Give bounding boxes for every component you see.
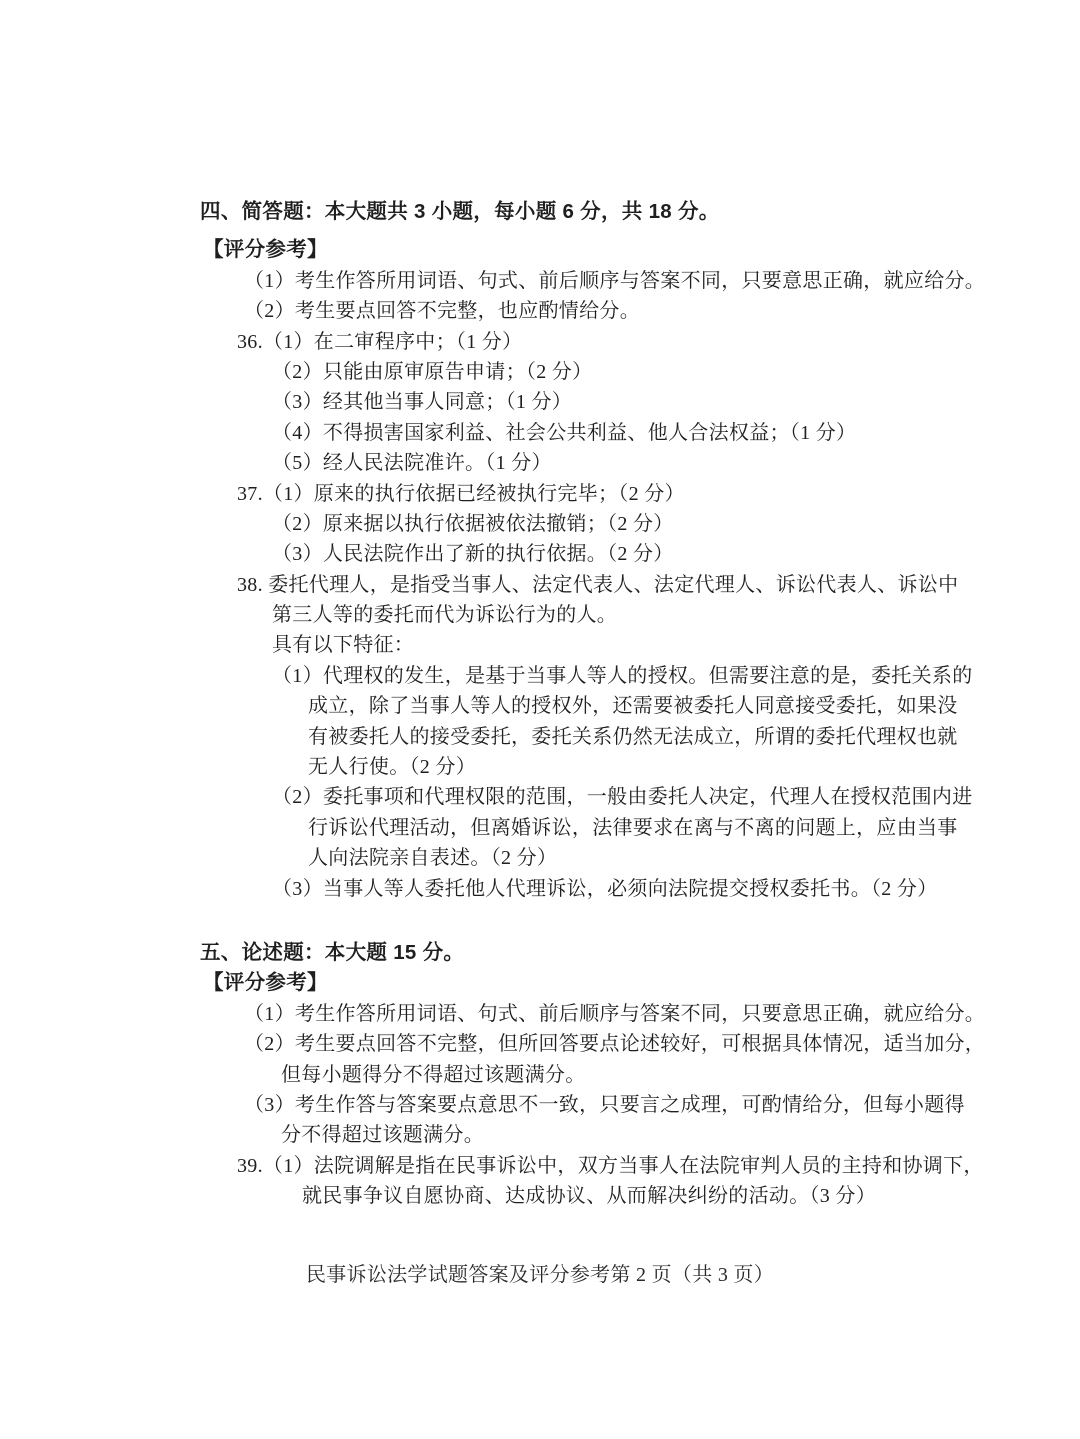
answer-38-line-5: 成立，除了当事人等人的授权外，还需要被委托人同意接受委托，如果没 (0, 691, 1080, 721)
section4-scoring-header: 【评分参考】 (0, 235, 1080, 265)
answer-36-line-5: （5）经人民法院准许。（1 分） (0, 448, 1080, 478)
answer-38-line-1: 38. 委托代理人，是指受当事人、法定代表人、法定代理人、诉讼代表人、诉讼中 (0, 570, 1080, 600)
answer-37-line-3: （3）人民法院作出了新的执行依据。（2 分） (0, 539, 1080, 569)
answer-38-line-7: 无人行使。（2 分） (0, 752, 1080, 782)
page-footer: 民事诉讼法学试题答案及评分参考第 2 页（共 3 页） (0, 1258, 1080, 1287)
answer-36-line-1: 36.（1）在二审程序中；（1 分） (0, 327, 1080, 357)
answer-36-line-4: （4）不得损害国家利益、社会公共利益、他人合法权益；（1 分） (0, 418, 1080, 448)
section5-scoring-note-3: （3）考生作答与答案要点意思不一致，只要言之成理，可酌情给分，但每小题得 (0, 1090, 1080, 1120)
section5-scoring-note-3b: 分不得超过该题满分。 (0, 1120, 1080, 1150)
section5-heading: 五、论述题：本大题 15 分。 (0, 938, 1080, 968)
document-body: 四、简答题：本大题共 3 小题，每小题 6 分，共 18 分。【评分参考】（1）… (0, 197, 1080, 1212)
section5-scoring-note-2b: 但每小题得分不得超过该题满分。 (0, 1060, 1080, 1090)
answer-38-line-8: （2）委托事项和代理权限的范围，一般由委托人决定，代理人在授权范围内进 (0, 782, 1080, 812)
section4-heading: 四、简答题：本大题共 3 小题，每小题 6 分，共 18 分。 (0, 197, 1080, 227)
section5-scoring-header: 【评分参考】 (0, 968, 1080, 998)
section4-scoring-note-1: （1）考生作答所用词语、句式、前后顺序与答案不同，只要意思正确，就应给分。 (0, 266, 1080, 296)
answer-37-line-1: 37.（1）原来的执行依据已经被执行完毕；（2 分） (0, 479, 1080, 509)
answer-37-line-2: （2）原来据以执行依据被依法撤销；（2 分） (0, 509, 1080, 539)
answer-38-line-9: 行诉讼代理活动，但离婚诉讼，法律要求在离与不离的问题上，应由当事 (0, 813, 1080, 843)
answer-38-line-4: （1）代理权的发生，是基于当事人等人的授权。但需要注意的是，委托关系的 (0, 661, 1080, 691)
answer-38-line-10: 人向法院亲自表述。（2 分） (0, 843, 1080, 873)
section5-scoring-note-2: （2）考生要点回答不完整，但所回答要点论述较好，可根据具体情况，适当加分， (0, 1029, 1080, 1059)
answer-36-line-3: （3）经其他当事人同意；（1 分） (0, 387, 1080, 417)
section4-scoring-note-2: （2）考生要点回答不完整，也应酌情给分。 (0, 296, 1080, 326)
answer-36-line-2: （2）只能由原审原告申请；（2 分） (0, 357, 1080, 387)
answer-38-line-6: 有被委托人的接受委托，委托关系仍然无法成立，所谓的委托代理权也就 (0, 722, 1080, 752)
answer-38-line-11: （3）当事人等人委托他人代理诉讼，必须向法院提交授权委托书。（2 分） (0, 874, 1080, 904)
answer-39-line-1: 39.（1）法院调解是指在民事诉讼中，双方当事人在法院审判人员的主持和协调下， (0, 1151, 1080, 1181)
answer-38-line-2: 第三人等的委托而代为诉讼行为的人。 (0, 600, 1080, 630)
answer-39-line-2: 就民事争议自愿协商、达成协议、从而解决纠纷的活动。（3 分） (0, 1181, 1080, 1211)
answer-38-line-3: 具有以下特征： (0, 630, 1080, 660)
exam-answer-page: 四、简答题：本大题共 3 小题，每小题 6 分，共 18 分。【评分参考】（1）… (0, 0, 1080, 1439)
section5-scoring-note-1: （1）考生作答所用词语、句式、前后顺序与答案不同，只要意思正确，就应给分。 (0, 999, 1080, 1029)
